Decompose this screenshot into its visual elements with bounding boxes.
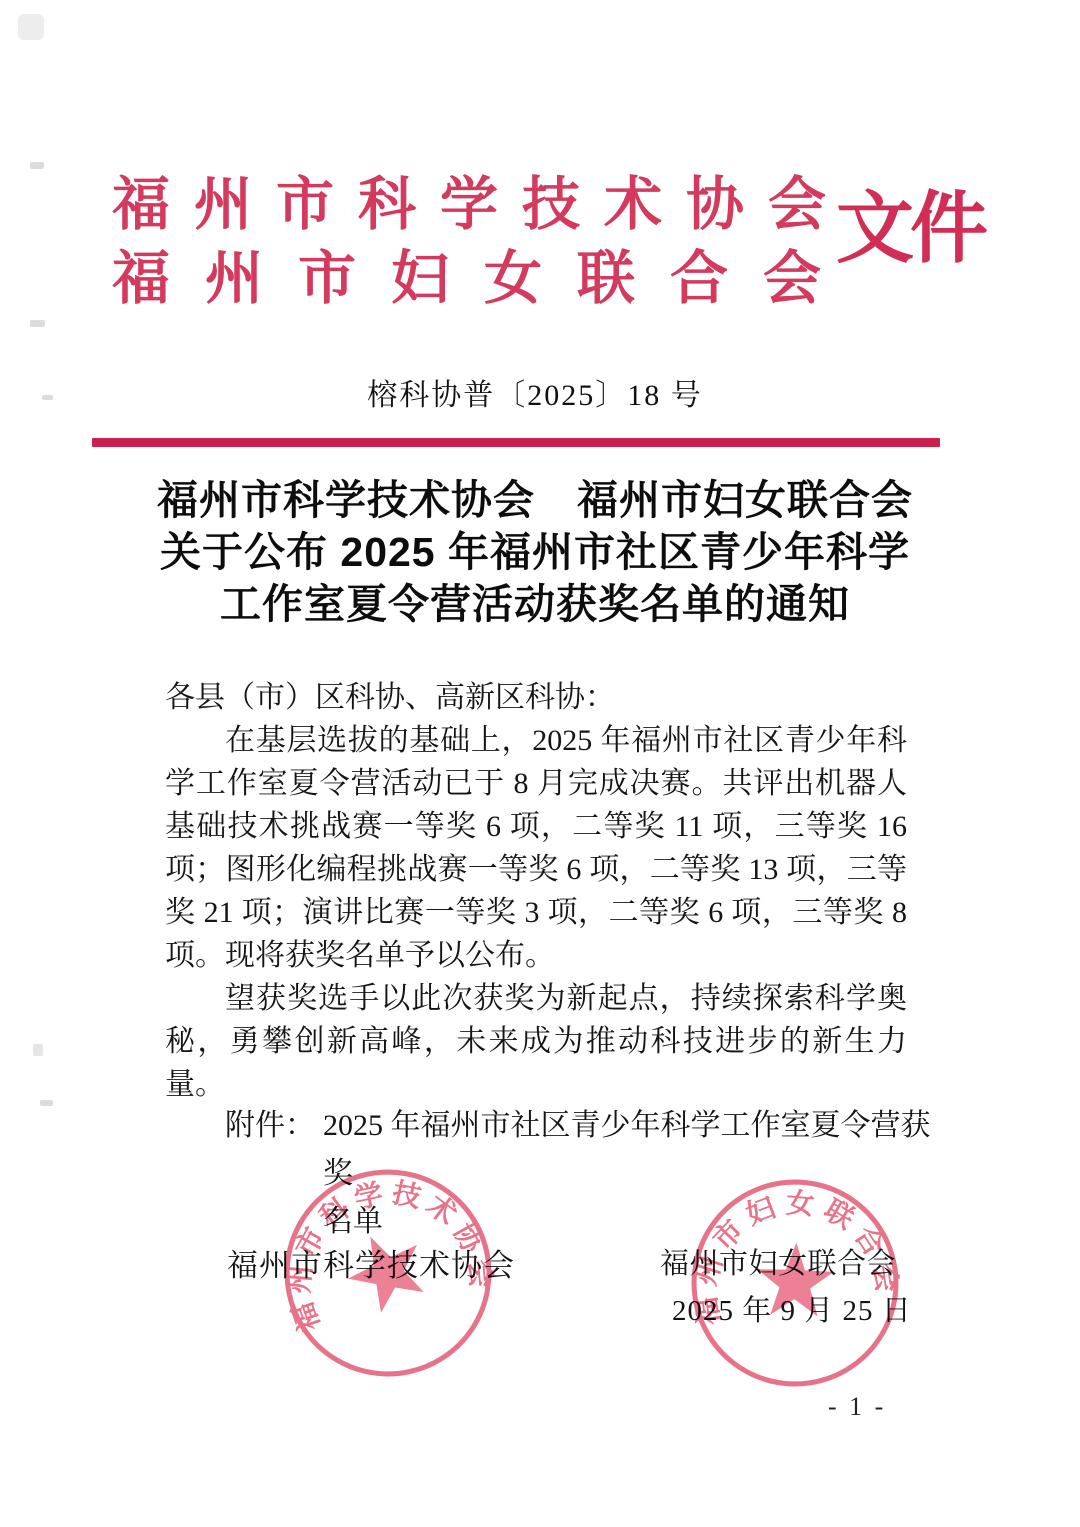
scan-artifact bbox=[30, 162, 44, 169]
scan-artifact bbox=[42, 395, 53, 400]
letterhead-org-line1: 福州市科学技术协会 bbox=[112, 168, 828, 242]
official-seal-left: 福州市科学技术协会 bbox=[261, 1146, 515, 1400]
red-divider-line bbox=[92, 438, 940, 447]
document-title: 福州市科学技术协会 福州市妇女联合会 关于公布 2025 年福州市社区青少年科学… bbox=[100, 474, 970, 630]
letterhead-document-label: 文件 bbox=[836, 186, 984, 272]
body-paragraph-1: 在基层选拔的基础上，2025 年福州市社区青少年科学工作室夏令营活动已于 8 月… bbox=[165, 719, 907, 977]
scan-artifact bbox=[33, 1044, 43, 1056]
scan-artifact bbox=[40, 1100, 53, 1106]
scan-artifact bbox=[18, 14, 44, 40]
seal-arc-text-right: 福州市妇女联合会 bbox=[677, 1172, 904, 1327]
title-line-1: 福州市科学技术协会 福州市妇女联合会 bbox=[100, 474, 970, 526]
salutation: 各县（市）区科协、高新区科协： bbox=[165, 676, 907, 719]
document-page: 福州市科学技术协会 福州市妇女联合会 文件 榕科协普〔2025〕18 号 福州市… bbox=[0, 0, 1080, 1527]
letterhead: 福州市科学技术协会 福州市妇女联合会 bbox=[112, 168, 828, 316]
attachment-indent bbox=[165, 1102, 225, 1246]
title-line-3: 工作室夏令营活动获奖名单的通知 bbox=[100, 578, 970, 630]
document-body: 各县（市）区科协、高新区科协： 在基层选拔的基础上，2025 年福州市社区青少年… bbox=[165, 676, 907, 1106]
official-seal-right: 福州市妇女联合会 bbox=[674, 1162, 916, 1404]
svg-text:福州市妇女联合会: 福州市妇女联合会 bbox=[677, 1172, 904, 1327]
body-paragraph-2: 望获奖选手以此次获奖为新起点，持续探索科学奥秘，勇攀创新高峰，未来成为推动科技进… bbox=[165, 977, 907, 1106]
seal-star-icon bbox=[336, 1220, 437, 1319]
scan-artifact bbox=[30, 320, 45, 327]
document-number: 榕科协普〔2025〕18 号 bbox=[100, 370, 970, 414]
title-line-2: 关于公布 2025 年福州市社区青少年科学 bbox=[100, 526, 970, 578]
page-number: - 1 - bbox=[828, 1392, 886, 1422]
letterhead-org-line2: 福州市妇女联合会 bbox=[112, 242, 828, 316]
seal-star-icon bbox=[756, 1241, 835, 1317]
